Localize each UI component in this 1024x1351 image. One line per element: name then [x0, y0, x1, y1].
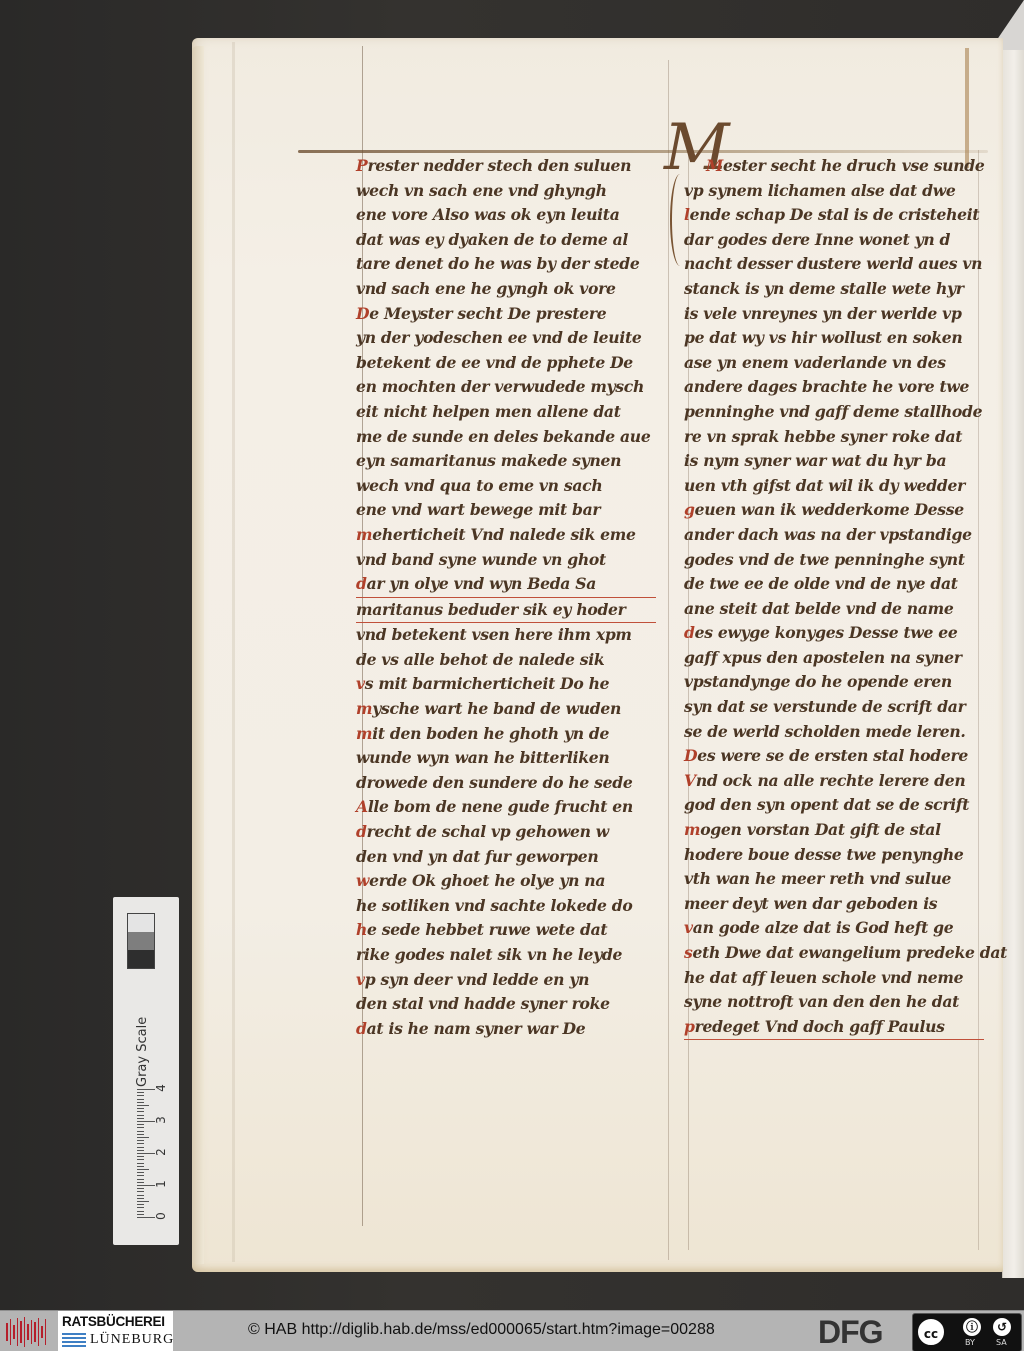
line-text: p syn deer vnd ledde en yn — [365, 970, 589, 989]
library-logo[interactable]: RATSBÜCHEREI LÜNEBURG — [58, 1311, 173, 1351]
ruler-tick — [137, 1102, 144, 1103]
text-column-left: Prester nedder stech den suluenwech vn s… — [356, 154, 656, 1041]
manuscript-line: predeget Vnd doch gaff Paulus — [684, 1015, 984, 1041]
ruler-tick — [137, 1108, 144, 1109]
facing-page-edge — [1002, 48, 1024, 1278]
rubricated-letter: m — [356, 724, 372, 743]
manuscript-line: tare denet do he was by der stede — [356, 252, 656, 277]
ruler-number: 1 — [154, 1180, 168, 1188]
manuscript-line: Vnd ock na alle rechte lerere den — [684, 769, 984, 794]
rubricated-letter: p — [684, 1017, 695, 1036]
manuscript-line: eit nicht helpen men allene dat — [356, 400, 656, 425]
line-text: at is he nam syner war De — [367, 1019, 586, 1038]
line-text: rester nedder stech den suluen — [367, 156, 631, 175]
manuscript-line: wunde wyn wan he bitterliken — [356, 746, 656, 771]
ruler-tick — [137, 1198, 144, 1199]
manuscript-line: stanck is yn deme stalle wete hyr — [684, 277, 984, 302]
ruler-tick — [137, 1207, 144, 1208]
rubricated-letter: d — [356, 574, 367, 593]
manuscript-line: nacht desser dustere werld aues vn — [684, 252, 984, 277]
ruler-number: 0 — [154, 1212, 168, 1220]
manuscript-line: ander dach was na der vpstandige — [684, 523, 984, 548]
library-name-line1: RATSBÜCHEREI — [62, 1314, 165, 1329]
manuscript-line: den stal vnd hadde syner roke — [356, 992, 656, 1017]
gray-swatches — [127, 913, 155, 969]
manuscript-line: andere dages brachte he vore twe — [684, 375, 984, 400]
rubricated-letter: g — [684, 500, 695, 519]
manuscript-line: vnd betekent vsen here ihm xpm — [356, 623, 656, 648]
manuscript-line: is vele vnreynes yn der werlde vp — [684, 302, 984, 327]
dfg-logo[interactable]: DFG — [818, 1315, 883, 1349]
manuscript-line: me de sunde en deles bekande aue — [356, 425, 656, 450]
ruler-tick — [137, 1134, 144, 1135]
manuscript-line: werde Ok ghoet he olye yn na — [356, 869, 656, 894]
ruler-number: 2 — [154, 1148, 168, 1156]
cc-icon: cc — [916, 1317, 946, 1347]
ruler-tick — [137, 1147, 144, 1148]
ruler-tick — [137, 1095, 144, 1096]
margin-stain — [965, 48, 969, 168]
rubricated-letter: h — [356, 920, 367, 939]
ruler-tick — [137, 1150, 144, 1151]
swatch-mid — [128, 932, 154, 950]
manuscript-line: Prester nedder stech den suluen — [356, 154, 656, 179]
line-text: es ewyge konyges Desse twe ee — [695, 623, 958, 642]
manuscript-line: pe dat wy vs hir wollust en soken — [684, 326, 984, 351]
manuscript-line: de twe ee de olde vnd de nye dat — [684, 572, 984, 597]
manuscript-line: ase yn enem vaderlande vn des — [684, 351, 984, 376]
rubricated-letter: m — [356, 699, 372, 718]
manuscript-line: rike godes nalet sik vn he leyde — [356, 943, 656, 968]
rubricated-letter: D — [356, 304, 369, 323]
manuscript-line: De Meyster secht De prestere — [356, 302, 656, 327]
ruler-tick — [137, 1115, 144, 1116]
footer-bar: RATSBÜCHEREI LÜNEBURG © HAB http://digli… — [0, 1310, 1024, 1351]
manuscript-line: syne nottroft van den den he dat — [684, 990, 984, 1015]
ruler-tick — [137, 1188, 144, 1189]
sa-label: SA — [996, 1338, 1007, 1347]
manuscript-line: vth wan he meer reth vnd sulue — [684, 867, 984, 892]
line-text: es were se de ersten stal hodere — [697, 746, 968, 765]
attribution-icon: ⓘ — [963, 1318, 981, 1336]
ruler-tick — [137, 1166, 144, 1167]
manuscript-line: drecht de schal vp gehowen w — [356, 820, 656, 845]
manuscript-line: uen vth gifst dat wil ik dy wedder — [684, 474, 984, 499]
line-text: lle bom de nene gude frucht en — [368, 797, 633, 816]
manuscript-line: penninghe vnd gaff deme stallhode — [684, 400, 984, 425]
ruler-number: 3 — [154, 1116, 168, 1124]
line-text: recht de schal vp gehowen w — [367, 822, 609, 841]
ruler-tick — [137, 1179, 144, 1180]
manuscript-line: ene vnd wart bewege mit bar — [356, 498, 656, 523]
rubricated-letter: v — [684, 918, 693, 937]
line-text: ester secht he druch vse sunde — [723, 156, 985, 175]
ruler-tick — [137, 1217, 155, 1218]
manuscript-line: mit den boden he ghoth yn de — [356, 722, 656, 747]
ruler-tick — [137, 1137, 149, 1138]
manuscript-line: mogen vorstan Dat gift de stal — [684, 818, 984, 843]
ruler-tick — [137, 1163, 144, 1164]
rubricated-letter: M — [706, 156, 723, 175]
manuscript-line: vpstandynge do he opende eren — [684, 670, 984, 695]
manuscript-line: wech vn sach ene vnd ghyngh — [356, 179, 656, 204]
rubricated-letter: v — [356, 674, 365, 693]
ruler-tick — [137, 1099, 144, 1100]
line-text: euen wan ik wedderkome Desse — [695, 500, 964, 519]
manuscript-line: meer deyt wen dar geboden is — [684, 892, 984, 917]
manuscript-line: Des were se de ersten stal hodere — [684, 744, 984, 769]
manuscript-line: seth Dwe dat ewangelium predeke dat — [684, 941, 984, 966]
copyright-link[interactable]: © HAB http://diglib.hab.de/mss/ed000065/… — [248, 1321, 715, 1339]
manuscript-line: meherticheit Vnd nalede sik eme — [356, 523, 656, 548]
line-text: nd ock na alle rechte lerere den — [696, 771, 966, 790]
rubricated-letter: m — [356, 525, 372, 544]
swatch-light — [128, 914, 154, 932]
manuscript-line: he dat aff leuen schole vnd neme — [684, 966, 984, 991]
line-text: e Meyster secht De prestere — [369, 304, 606, 323]
manuscript-line: god den syn opent dat se de scrift — [684, 793, 984, 818]
ruler-tick — [137, 1191, 144, 1192]
manuscript-line: geuen wan ik wedderkome Desse — [684, 498, 984, 523]
manuscript-line: gaff xpus den apostelen na syner — [684, 646, 984, 671]
manuscript-line: lende schap De stal is de cristeheit — [684, 203, 984, 228]
manuscript-line: dat is he nam syner war De — [356, 1017, 656, 1042]
ruler-tick — [137, 1204, 144, 1205]
manuscript-line: wech vnd qua to eme vn sach — [356, 474, 656, 499]
manuscript-line: vp synem lichamen alse dat dwe — [684, 179, 984, 204]
rubricated-letter: m — [684, 820, 700, 839]
manuscript-line: is nym syner war wat du hyr ba — [684, 449, 984, 474]
ruler-tick — [137, 1124, 144, 1125]
line-text: redeget Vnd doch gaff Paulus — [695, 1017, 945, 1036]
manuscript-line: mysche wart he band de wuden — [356, 697, 656, 722]
ruler-tick — [137, 1182, 144, 1183]
rubricated-letter: D — [684, 746, 697, 765]
ruler-tick — [137, 1195, 144, 1196]
ruler-tick — [137, 1105, 149, 1106]
ruler-tick — [137, 1092, 144, 1093]
text-column-right: Mester secht he druch vse sundevp synem … — [684, 154, 984, 1040]
ruler-number: 4 — [154, 1084, 168, 1092]
ruler-tick — [137, 1153, 155, 1154]
manuscript-line: vp syn deer vnd ledde en yn — [356, 968, 656, 993]
manuscript-line: re vn sprak hebbe syner roke dat — [684, 425, 984, 450]
manuscript-line: maritanus beduder sik ey hoder — [356, 598, 656, 624]
rubricated-letter: V — [684, 771, 696, 790]
rubricated-letter: A — [356, 797, 368, 816]
line-text: ar yn olye vnd wyn Beda Sa — [367, 574, 596, 593]
manuscript-line: he sotliken vnd sachte lokede do — [356, 894, 656, 919]
manuscript-line: betekent de ee vnd de pphete De — [356, 351, 656, 376]
ruler-tick — [137, 1175, 144, 1176]
manuscript-line: vnd band syne wunde vn ghot — [356, 548, 656, 573]
rubricated-letter: P — [356, 156, 367, 175]
ruler-tick — [137, 1172, 144, 1173]
line-text: ysche wart he band de wuden — [372, 699, 621, 718]
line-text: it den boden he ghoth yn de — [372, 724, 609, 743]
manuscript-line: ane steit dat belde vnd de name — [684, 597, 984, 622]
manuscript-line: hodere boue desse twe penynghe — [684, 843, 984, 868]
ruling-line-top — [298, 150, 988, 153]
ruler-tick — [137, 1156, 144, 1157]
manuscript-line: des ewyge konyges Desse twe ee — [684, 621, 984, 646]
manuscript-line: se de werld scholden mede leren. — [684, 720, 984, 745]
manuscript-line: dar godes dere Inne wonet yn d — [684, 228, 984, 253]
manuscript-line: ene vore Also was ok eyn leuita — [356, 203, 656, 228]
line-text: s mit barmicherticheit Do he — [365, 674, 610, 693]
manuscript-line: syn dat se verstunde de scrift dar — [684, 695, 984, 720]
library-logo-icon — [6, 1317, 46, 1347]
share-alike-icon: ↺ — [993, 1318, 1011, 1336]
swatch-dark — [128, 950, 154, 968]
ruler-tick — [137, 1111, 144, 1112]
manuscript-line: drowede den sundere do he sede — [356, 771, 656, 796]
cc-license-badge[interactable]: cc ⓘ ↺ BY SA — [912, 1313, 1022, 1351]
manuscript-line: eyn samaritanus makede synen — [356, 449, 656, 474]
ruler-tick — [137, 1131, 144, 1132]
ruler-tick — [137, 1140, 144, 1141]
line-text: e sede hebbet ruwe wete dat — [367, 920, 607, 939]
line-text: ende schap De stal is de cristeheit — [690, 205, 980, 224]
ruler-tick — [137, 1185, 155, 1186]
manuscript-line: dat was ey dyaken de to deme al — [356, 228, 656, 253]
manuscript-line: Alle bom de nene gude frucht en — [356, 795, 656, 820]
manuscript-line: en mochten der verwudede mysch — [356, 375, 656, 400]
ruler-tick — [137, 1211, 144, 1212]
line-text: eth Dwe dat ewangelium predeke dat — [692, 943, 1007, 962]
ruler-tick — [137, 1121, 155, 1122]
gray-scale-target: Gray Scale 01234 — [113, 897, 179, 1245]
ruler-tick — [137, 1118, 144, 1119]
manuscript-line: he sede hebbet ruwe wete dat — [356, 918, 656, 943]
manuscript-line: de vs alle behot de nalede sik — [356, 648, 656, 673]
by-label: BY — [965, 1338, 975, 1347]
ruler-tick — [137, 1127, 144, 1128]
manuscript-line: den vnd yn dat fur geworpen — [356, 845, 656, 870]
line-text: an gode alze dat is God heft ge — [693, 918, 954, 937]
manuscript-line: dar yn olye vnd wyn Beda Sa — [356, 572, 656, 598]
manuscript-line: vnd sach ene he gyngh ok vore — [356, 277, 656, 302]
rubricated-letter: d — [356, 1019, 367, 1038]
line-text: eherticheit Vnd nalede sik eme — [372, 525, 635, 544]
ruler-tick — [137, 1201, 149, 1202]
rubricated-letter: v — [356, 970, 365, 989]
library-name-line2: LÜNEBURG — [90, 1332, 174, 1348]
parchment-crease — [232, 42, 235, 1262]
ruler-tick — [137, 1159, 144, 1160]
ruler-tick — [137, 1089, 155, 1090]
ruler-tick — [137, 1214, 144, 1215]
rubricated-letter: d — [684, 623, 695, 642]
book-waves-icon — [62, 1333, 86, 1349]
gray-scale-label: Gray Scale — [135, 967, 150, 1087]
rubricated-letter: w — [356, 871, 369, 890]
rubricated-letter: d — [356, 822, 367, 841]
ruler-tick — [137, 1143, 144, 1144]
manuscript-line: van gode alze dat is God heft ge — [684, 916, 984, 941]
manuscript-line: godes vnd de twe penninghe synt — [684, 548, 984, 573]
manuscript-line: vs mit barmicherticheit Do he — [356, 672, 656, 697]
manuscript-line: yn der yodeschen ee vnd de leuite — [356, 326, 656, 351]
line-text: erde Ok ghoet he olye yn na — [369, 871, 605, 890]
folio-edge — [192, 46, 204, 1264]
manuscript-line: Mester secht he druch vse sunde — [684, 154, 984, 179]
line-text: ogen vorstan Dat gift de stal — [700, 820, 941, 839]
ruler-tick — [137, 1169, 149, 1170]
